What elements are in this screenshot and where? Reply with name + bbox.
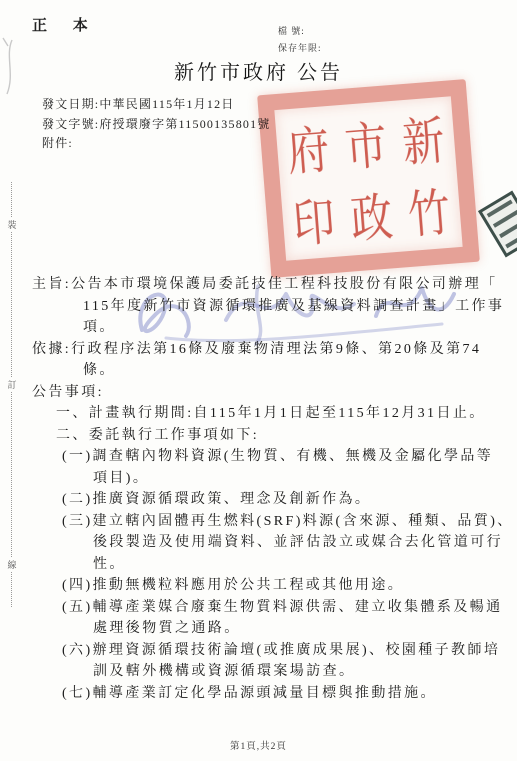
subitem-line: 項目)。 [0,468,517,490]
subitem-line: 訓及轄外機構或資源循環案場訪查。 [0,661,517,683]
subject-line: 項。 [0,317,517,339]
issue-date: 發文日期:中華民國115年1月12日 [42,95,271,115]
secondary-stamp [478,191,517,258]
subitem-line: (六)辦理資源循環技術論壇(或推廣成果展)、校園種子教師培 [0,640,517,662]
subitem-line: (三)建立轄內固體再生燃料(SRF)料源(含來源、種類、品質)、 [0,511,517,533]
subitem-line: (四)推動無機粒料應用於公共工程或其他用途。 [0,575,517,597]
subitem-line: (二)推廣資源循環政策、理念及創新作為。 [0,489,517,511]
official-announcement-document: 正 本 檔 號: 保存年限: 新竹市政府 公告 發文日期:中華民國115年1月1… [0,0,517,761]
item-line: 一、計畫執行期間:自115年1月1日起至115年12月31日止。 [0,403,517,425]
file-number-label: 檔 號: [278,23,322,40]
subject-line: 115年度新竹市資源循環推廣及基線資料調查計畫」工作事 [0,296,517,318]
item-line: 二、委託執行工作事項如下: [0,425,517,447]
official-seal: 府 市 新 印 政 竹 [257,79,480,278]
filing-block: 檔 號: 保存年限: [278,23,322,57]
seal-character: 政 [339,168,403,259]
page-number: 第1頁,共2頁 [0,738,517,752]
announcement-items-header: 公告事項: [0,382,517,404]
attachment-label: 附件: [42,134,271,154]
document-meta: 發文日期:中華民國115年1月12日 發文字號:府授環廢字第1150013580… [42,95,271,154]
subitem-line: (五)輔導產業媒合廢棄生物質料源供需、建立收集體系及暢通 [0,597,517,619]
subitem-line: (一)調查轄內物料資源(生物質、有機、無機及金屬化學品等 [0,446,517,468]
subject-line: 主旨:公告本市環境保護局委託技佳工程科技股份有限公司辦理「 [0,274,517,296]
seal-character: 竹 [397,164,461,255]
subitem-line: 處理後物質之通路。 [0,618,517,640]
subitem-line: 性。 [0,554,517,576]
seal-character: 印 [282,173,346,264]
document-number: 發文字號:府授環廢字第11500135801號 [42,115,271,135]
retention-period-label: 保存年限: [278,40,322,57]
legal-basis-line: 條。 [0,360,517,382]
binding-mark: 裝 [6,218,18,231]
legal-basis-line: 依據:行政程序法第16條及廢棄物清理法第9條、第20條及第74 [0,339,517,361]
subitem-line: 後段製造及使用端資料、並評估設立或媒合去化管道可行 [0,532,517,554]
copy-type-label: 正 本 [32,14,99,35]
subitem-line: (七)輔導產業訂定化學品源頭減量目標與推動措施。 [0,683,517,705]
document-body: 主旨:公告本市環境保護局委託技佳工程科技股份有限公司辦理「 115年度新竹市資源… [0,274,517,704]
